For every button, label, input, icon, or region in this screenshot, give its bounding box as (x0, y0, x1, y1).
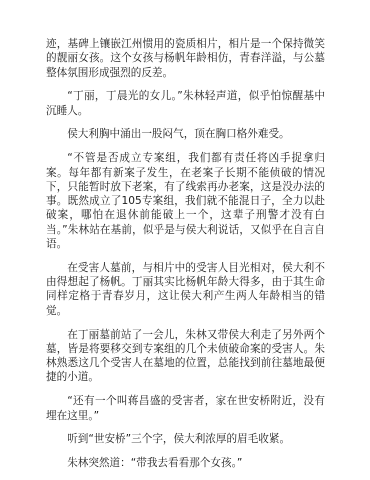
paragraph-5: 在受害人墓前，与相片中的受害人目光相对，侯大利不由得想起了杨帆。丁丽其实比杨帆年… (46, 261, 325, 318)
paragraph-2: “丁丽，丁晨光的女儿。”朱林轻声道，似乎怕惊醒基中沉睡人。 (46, 89, 325, 118)
document-page: 迹，基碑上镶嵌江州惯用的瓷质相片，相片是一个保持微笑的靓丽女孩。这个女孩与杨帆年… (46, 37, 325, 480)
paragraph-7: “还有一个叫蒋昌盛的受害者，家在世安桥附近，没有埋在这里。” (46, 394, 325, 423)
paragraph-1: 迹，基碑上镶嵌江州惯用的瓷质相片，相片是一个保持微笑的靓丽女孩。这个女孩与杨帆年… (46, 37, 325, 80)
paragraph-4: “不管是否成立专案组，我们都有责任将凶手捉拿归案。每年都有新案子发生，在老案子长… (46, 151, 325, 251)
paragraph-9: 朱林突然道：“带我去看看那个女孩。” (46, 456, 325, 470)
paragraph-3: 侯大利胸中涌出一股闷气，顶在胸口格外难受。 (46, 127, 325, 141)
paragraph-6: 在丁丽墓前站了一会儿，朱林又带侯大利走了另外两个墓，皆是将要移交到专案组的几个未… (46, 328, 325, 385)
paragraph-8: 听到“世安桥”三个字，侯大利浓厚的眉毛收紧。 (46, 432, 325, 446)
